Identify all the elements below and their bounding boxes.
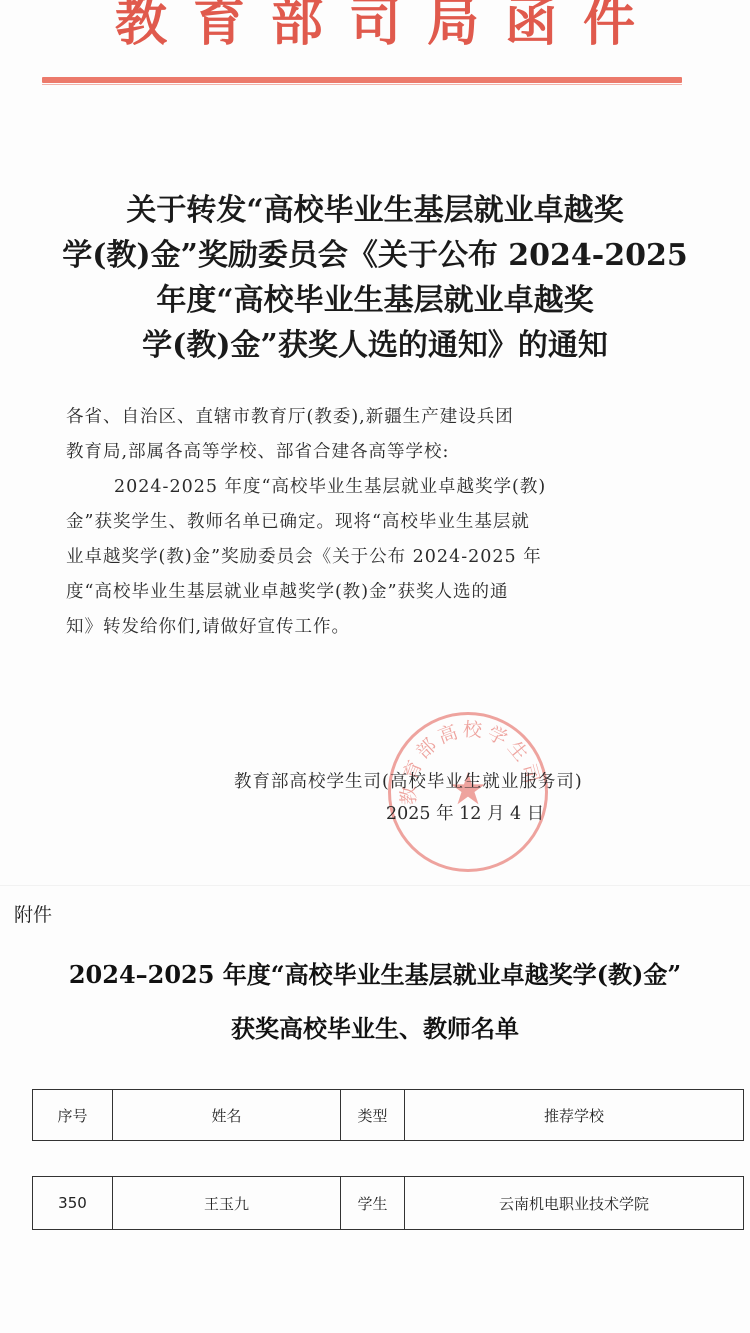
- table-header-row: 序号 姓名 类型 推荐学校: [33, 1090, 744, 1141]
- header-type: 类型: [341, 1090, 405, 1141]
- annex-title-line: 2024–2025 年度“高校毕业生基层就业卓越奖学(教)金”: [0, 948, 750, 1002]
- letterhead: 教育部司局函件: [0, 0, 750, 62]
- title-line: 学(教)金”奖励委员会《关于公布 2024-2025: [60, 233, 690, 278]
- awardee-table-header: 序号 姓名 类型 推荐学校: [32, 1089, 744, 1141]
- annex-label: 附件: [14, 900, 52, 927]
- header-serial-number: 序号: [33, 1090, 113, 1141]
- document-body: 各省、自治区、直辖市教育厅(教委),新疆生产建设兵团 教育局,部属各高等学校、部…: [66, 400, 686, 645]
- body-line: 知》转发给你们,请做好宣传工作。: [66, 610, 686, 645]
- awardee-table-body: 350 王玉九 学生 云南机电职业技术学院: [32, 1176, 744, 1230]
- body-line: 业卓越奖学(教)金”奖励委员会《关于公布 2024-2025 年: [66, 540, 686, 575]
- title-line: 年度“高校毕业生基层就业卓越奖: [60, 278, 690, 323]
- cell-type: 学生: [341, 1177, 405, 1230]
- section-divider: [0, 885, 750, 886]
- annex-title-line: 获奖高校毕业生、教师名单: [0, 1002, 750, 1056]
- cell-name: 王玉九: [113, 1177, 341, 1230]
- annex-title: 2024–2025 年度“高校毕业生基层就业卓越奖学(教)金” 获奖高校毕业生、…: [0, 948, 750, 1056]
- header-name: 姓名: [113, 1090, 341, 1141]
- header-school: 推荐学校: [405, 1090, 744, 1141]
- issuer-signature: 教育部高校学生司(高校毕业生就业服务司): [234, 765, 583, 799]
- salutation-line: 教育局,部属各高等学校、部省合建各高等学校:: [66, 435, 686, 470]
- body-line: 2024-2025 年度“高校毕业生基层就业卓越奖学(教): [66, 470, 686, 505]
- letterhead-red-rule: [42, 77, 682, 83]
- title-line: 关于转发“高校毕业生基层就业卓越奖: [60, 188, 690, 233]
- document-title: 关于转发“高校毕业生基层就业卓越奖 学(教)金”奖励委员会《关于公布 2024-…: [60, 188, 690, 368]
- cell-serial-number: 350: [33, 1177, 113, 1230]
- body-line: 度“高校毕业生基层就业卓越奖学(教)金”获奖人选的通: [66, 575, 686, 610]
- table-row: 350 王玉九 学生 云南机电职业技术学院: [33, 1177, 744, 1230]
- issue-date: 2025 年 12 月 4 日: [386, 800, 544, 825]
- letterhead-title: 教育部司局函件: [89, 0, 661, 54]
- title-line: 学(教)金”获奖人选的通知》的通知: [60, 323, 690, 368]
- document-page: 教育部司局函件 关于转发“高校毕业生基层就业卓越奖 学(教)金”奖励委员会《关于…: [0, 0, 750, 1333]
- salutation-line: 各省、自治区、直辖市教育厅(教委),新疆生产建设兵团: [66, 400, 686, 435]
- body-line: 金”获奖学生、教师名单已确定。现将“高校毕业生基层就: [66, 505, 686, 540]
- cell-school: 云南机电职业技术学院: [405, 1177, 744, 1230]
